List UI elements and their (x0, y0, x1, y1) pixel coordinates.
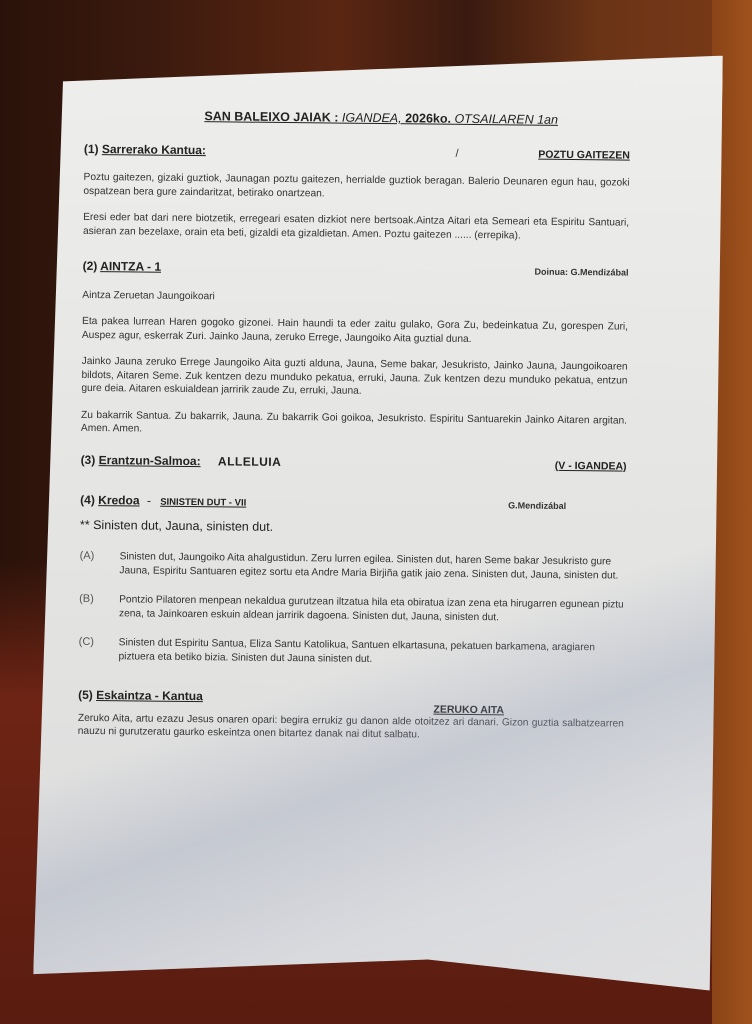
composer-note: Doinua: G.Mendizábal (535, 266, 629, 280)
section-title: AINTZA - 1 (100, 259, 161, 274)
section-3-header: (3) Erantzun-Salmoa: ALLELUIA (V - IGAND… (81, 453, 627, 473)
song-title: ZERUKO AITA (433, 704, 504, 718)
section-number: (2) (83, 259, 98, 273)
song-title: ALLELUIA (218, 454, 281, 469)
song-title: SINISTEN DUT - VII (160, 497, 246, 509)
section-1-heading: (1) Sarrerako Kantua: (84, 142, 206, 157)
creed-item-b: (B) Pontzio Pilatoren menpean nekaldua g… (79, 593, 625, 626)
liturgical-note: (V - IGANDEA) (555, 459, 627, 473)
item-label: (A) (79, 550, 119, 577)
song-title: POZTU GAITEZEN (538, 148, 630, 162)
item-label: (C) (78, 636, 118, 663)
section-title: Kredoa (98, 493, 139, 507)
section-number: (3) (81, 452, 96, 466)
title-date: OTSAILAREN 1an (454, 112, 558, 127)
section-2-header: (2) AINTZA - 1 Doinua: G.Mendizábal (83, 260, 629, 280)
section-number: (4) (80, 493, 95, 507)
sheet-content: SAN BALEIXO JAIAK : IGANDEA, 2026ko. OTS… (78, 109, 631, 757)
document-title: SAN BALEIXO JAIAK : IGANDEA, 2026ko. OTS… (132, 109, 630, 128)
section-2-para-3: Zu bakarrik Santua. Zu bakarrik, Jauna. … (81, 408, 627, 441)
section-title: Sarrerako Kantua: (102, 142, 206, 157)
section-2-subtitle: Aintza Zeruetan Jaungoikoari (82, 288, 628, 307)
section-1-para-2: Eresi eder bat dari nere biotzetik, erre… (83, 211, 629, 244)
creed-refrain: ** Sinisten dut, Jauna, sinisten dut. (80, 518, 626, 537)
dash: - (147, 494, 151, 508)
item-text: Sinisten dut Espiritu Santua, Eliza Sant… (118, 636, 624, 668)
section-3-heading: (3) Erantzun-Salmoa: ALLELUIA (81, 453, 282, 469)
section-5-heading: (5) Eskaintza - Kantua (78, 689, 203, 704)
section-number: (1) (84, 141, 99, 155)
paper-sheet: SAN BALEIXO JAIAK : IGANDEA, 2026ko. OTS… (33, 48, 723, 990)
section-title: Erantzun-Salmoa: (99, 453, 201, 468)
section-1-para-1: Poztu gaitezen, gizaki guztiok, Jaunagan… (83, 171, 629, 204)
section-5-para: Zeruko Aita, artu ezazu Jesus onaren opa… (78, 711, 624, 744)
section-2-heading: (2) AINTZA - 1 (83, 260, 162, 274)
item-text: Sinisten dut, Jaungoiko Aita ahalgustidu… (119, 550, 625, 582)
item-label: (B) (79, 593, 119, 620)
section-4-heading: (4) Kredoa - SINISTEN DUT - VII (80, 494, 246, 510)
section-4-header: (4) Kredoa - SINISTEN DUT - VII G.Mendiz… (80, 494, 626, 514)
section-2-para-1: Eta pakea lurrean Haren gogoko gizonei. … (82, 315, 628, 348)
title-day: IGANDEA, (342, 111, 405, 126)
section-number: (5) (78, 688, 93, 702)
section-1-header: (1) Sarrerako Kantua: / POZTU GAITEZEN (84, 142, 630, 162)
slash-mark: / (455, 147, 458, 161)
section-5-header: (5) Eskaintza - Kantua ZERUKO AITA (78, 689, 624, 709)
title-year: 2026ko. (405, 111, 454, 126)
creed-item-c: (C) Sinisten dut Espiritu Santua, Eliza … (78, 636, 624, 669)
composer-note: G.Mendizábal (508, 499, 566, 513)
section-title: Eskaintza - Kantua (96, 688, 203, 703)
section-2-para-2: Jainko Jauna zeruko Errege Jaungoiko Ait… (81, 355, 627, 401)
creed-item-a: (A) Sinisten dut, Jaungoiko Aita ahalgus… (79, 550, 625, 583)
title-event: SAN BALEIXO JAIAK : (204, 109, 342, 124)
item-text: Pontzio Pilatoren menpean nekaldua gurut… (119, 593, 625, 625)
